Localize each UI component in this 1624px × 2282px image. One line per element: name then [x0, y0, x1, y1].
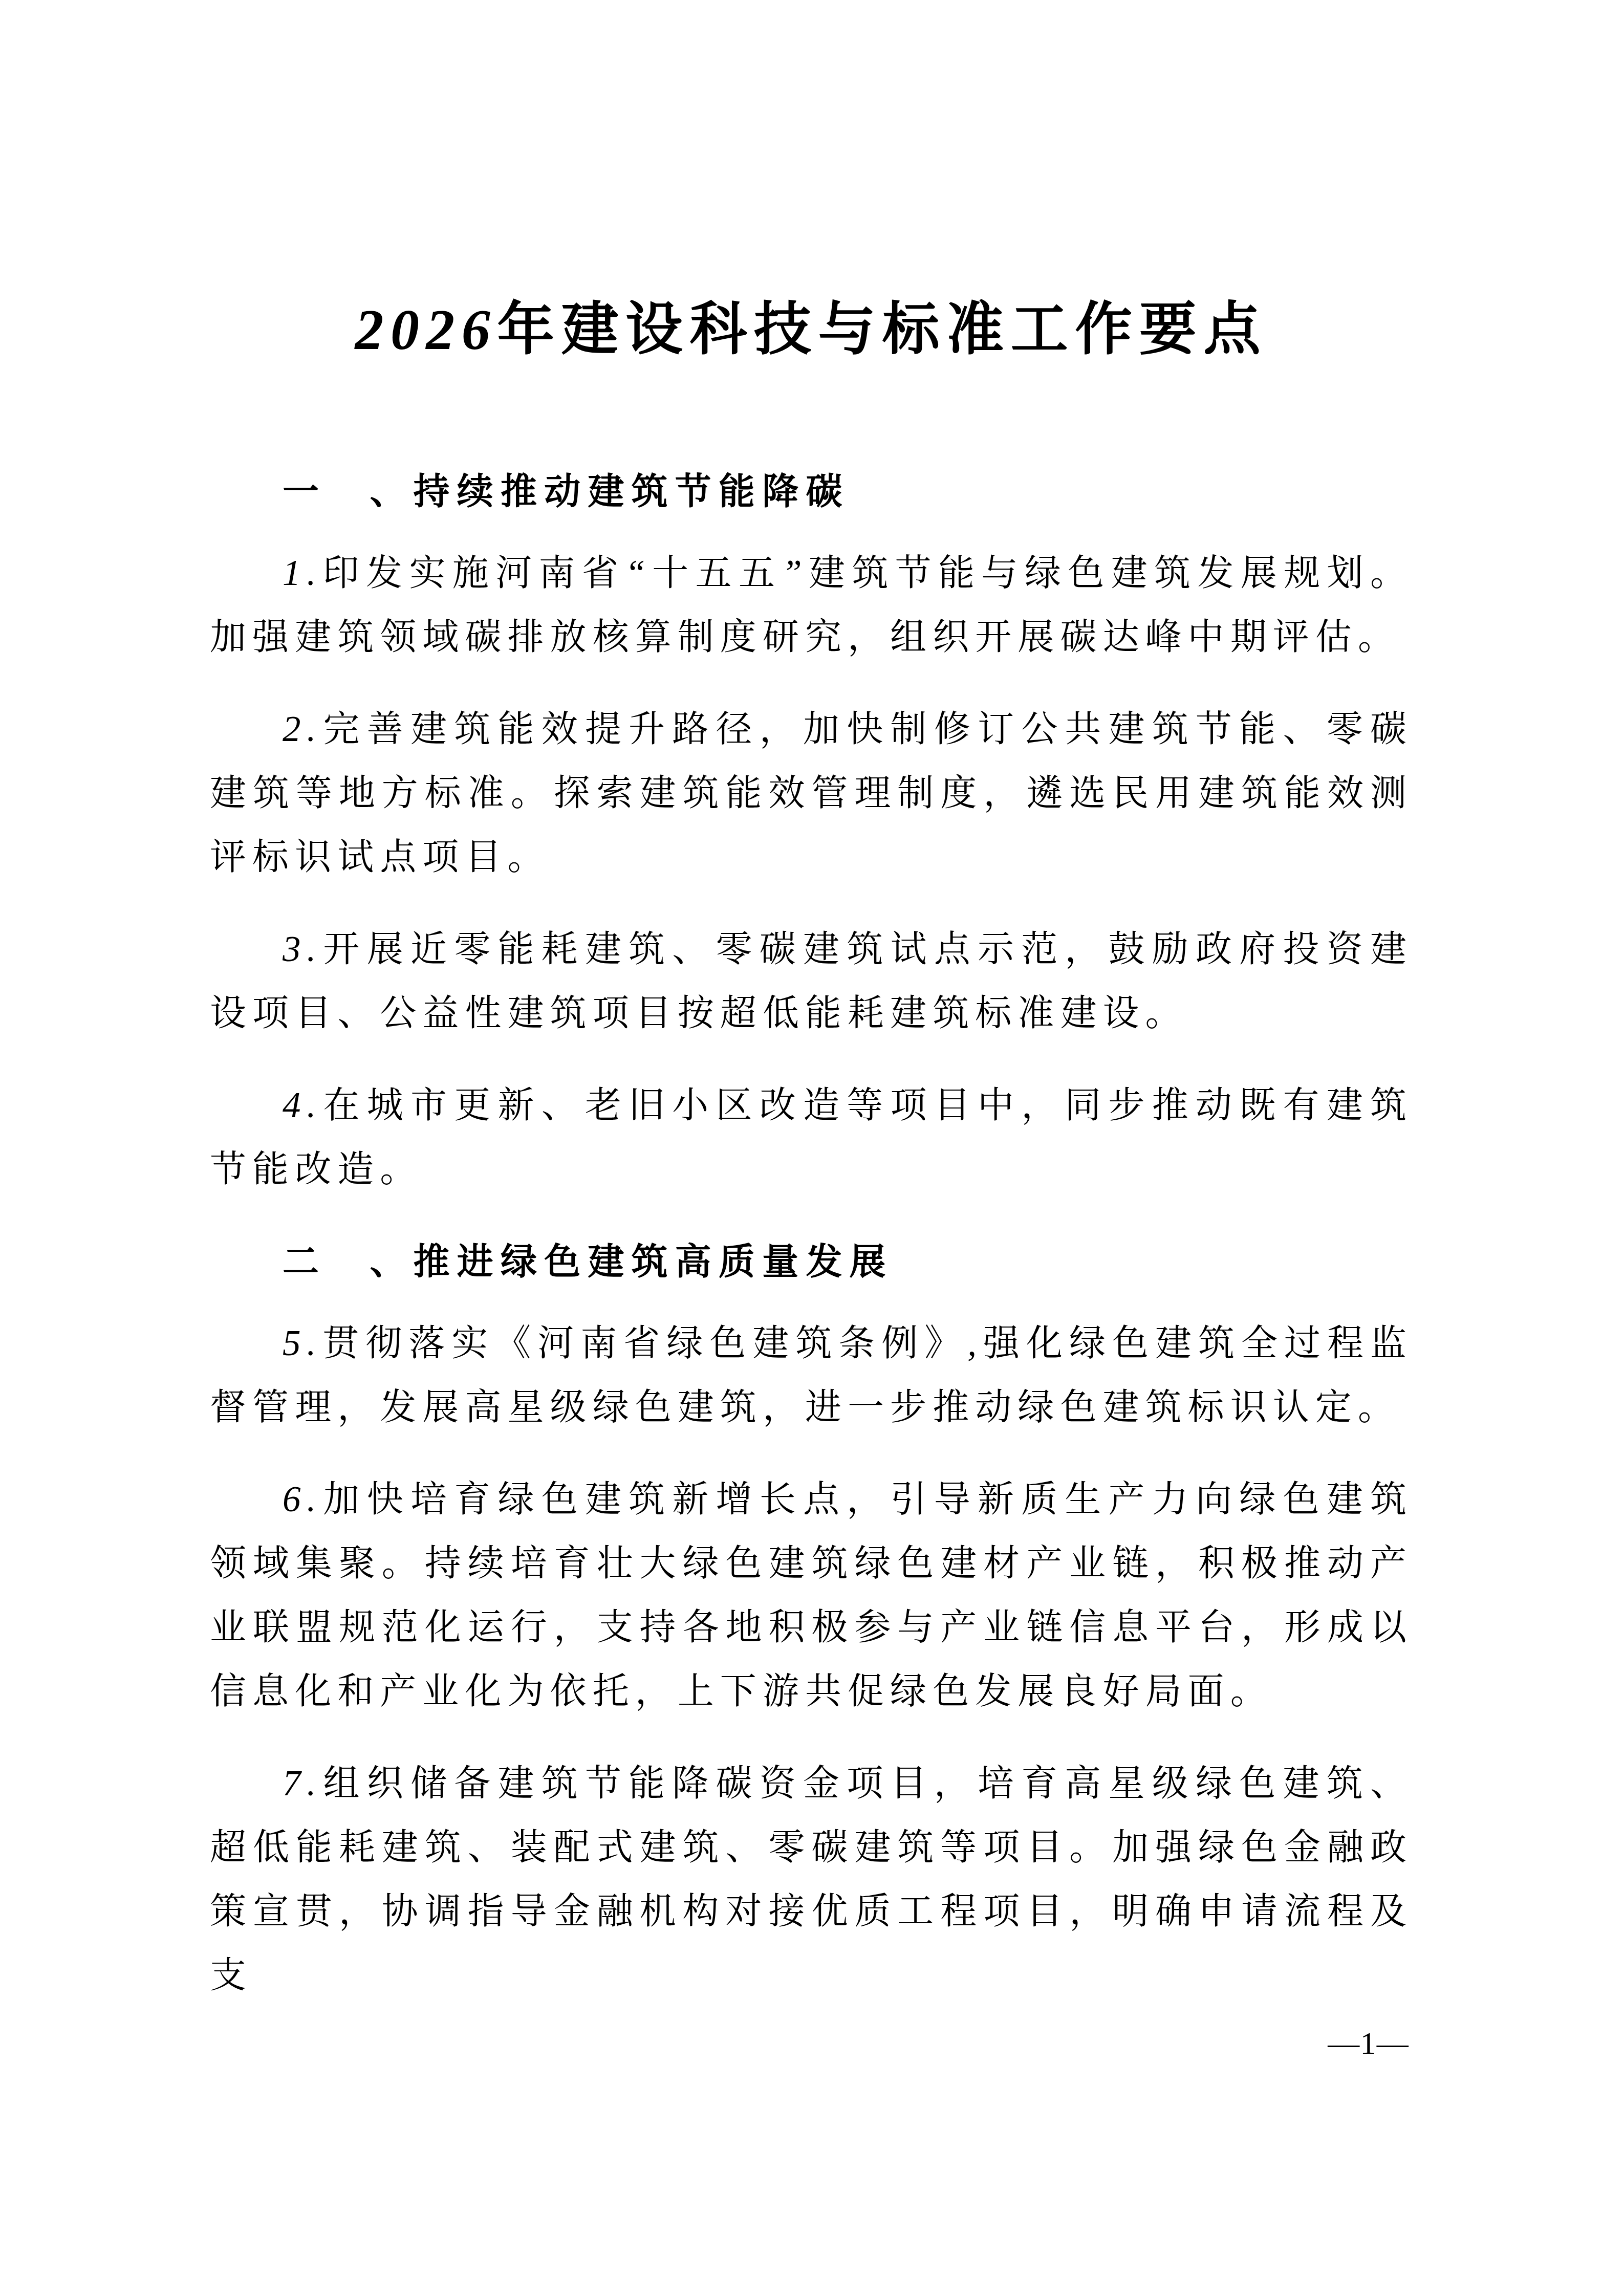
document-title: 2026年建设科技与标准工作要点: [210, 284, 1413, 376]
section-1-heading: 一 、持续推动建筑节能降碳: [210, 460, 1413, 524]
paragraph-7: 7.组织储备建筑节能降碳资金项目，培育高星级绿色建筑、超低能耗建筑、装配式建筑、…: [210, 1752, 1413, 2008]
paragraph-3: 3.开展近零能耗建筑、零碳建筑试点示范，鼓励政府投资建设项目、公益性建筑项目按超…: [210, 918, 1413, 1046]
document-page: 2026年建设科技与标准工作要点 一 、持续推动建筑节能降碳 1.印发实施河南省…: [0, 0, 1624, 2282]
paragraph-1: 1.印发实施河南省“十五五”建筑节能与绿色建筑发展规划。加强建筑领域碳排放核算制…: [210, 541, 1413, 669]
section-2-heading: 二 、推进绿色建筑高质量发展: [210, 1230, 1413, 1294]
document-content: 2026年建设科技与标准工作要点 一 、持续推动建筑节能降碳 1.印发实施河南省…: [0, 284, 1624, 2008]
paragraph-4: 4.在城市更新、老旧小区改造等项目中，同步推动既有建筑节能改造。: [210, 1074, 1413, 1202]
page-number: —1—: [1328, 2026, 1409, 2062]
section-2: 二 、推进绿色建筑高质量发展 5.贯彻落实《河南省绿色建筑条例》,强化绿色建筑全…: [210, 1230, 1413, 2008]
paragraph-6: 6.加快培育绿色建筑新增长点，引导新质生产力向绿色建筑领域集聚。持续培育壮大绿色…: [210, 1468, 1413, 1724]
section-1: 一 、持续推动建筑节能降碳 1.印发实施河南省“十五五”建筑节能与绿色建筑发展规…: [210, 460, 1413, 1202]
paragraph-2: 2.完善建筑能效提升路径，加快制修订公共建筑节能、零碳建筑等地方标准。探索建筑能…: [210, 698, 1413, 889]
paragraph-5: 5.贯彻落实《河南省绿色建筑条例》,强化绿色建筑全过程监督管理，发展高星级绿色建…: [210, 1312, 1413, 1440]
